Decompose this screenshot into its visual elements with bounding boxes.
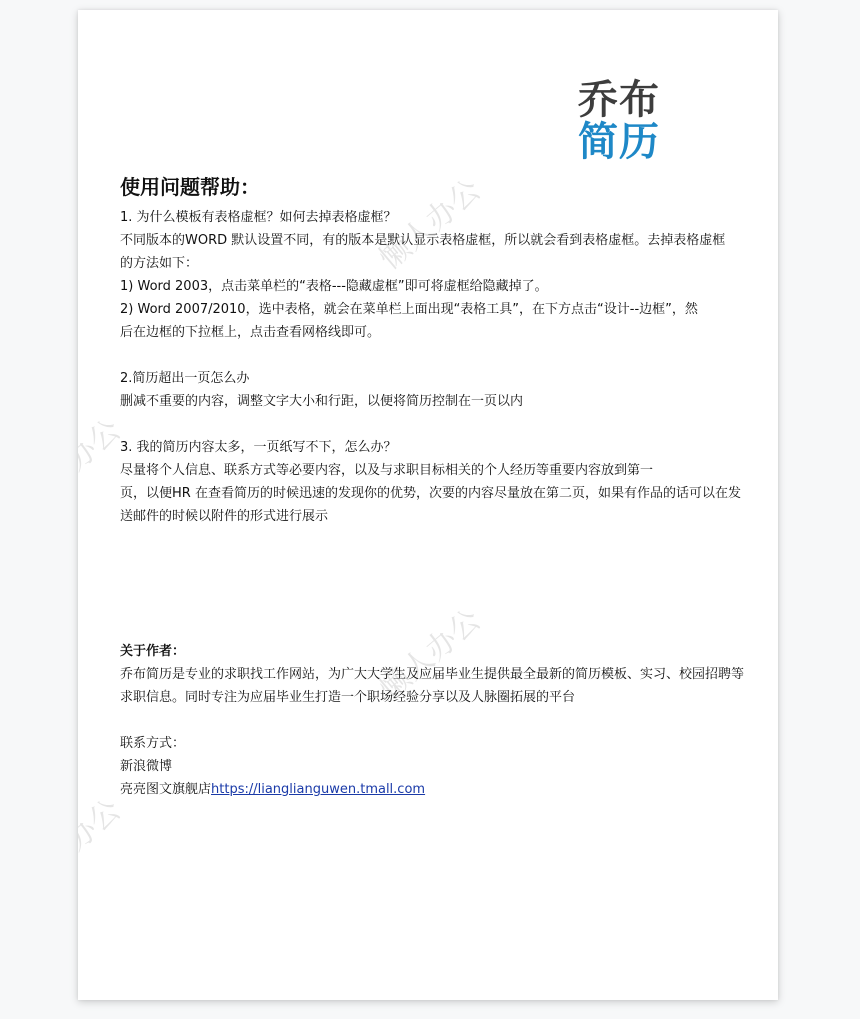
q2-question: 2.简历超出一页怎么办 xyxy=(120,367,750,390)
contact-title: 联系方式： xyxy=(120,732,750,755)
about-title: 关于作者： xyxy=(120,640,750,663)
shop-link[interactable]: https://lianglianguwen.tmall.com xyxy=(211,782,425,797)
shop-label: 亮亮图文旗舰店 xyxy=(120,782,211,797)
document-page: 懒人办公 懒人办公 懒人办公 懒人办公 懒人办公 懒人办公 乔布 简历 使用问题… xyxy=(78,10,778,1000)
spacer xyxy=(120,709,750,732)
q3-answer-line: 送邮件的时候以附件的形式进行展示 xyxy=(120,505,750,528)
q1-answer-line: 后在边框的下拉框上，点击查看网格线即可。 xyxy=(120,321,750,344)
spacer xyxy=(120,344,750,367)
document-body: 使用问题帮助： 1. 为什么模板有表格虚框？如何去掉表格虚框？ 不同版本的WOR… xyxy=(120,172,750,801)
q2-answer-line: 删减不重要的内容，调整文字大小和行距，以便将简历控制在一页以内 xyxy=(120,390,750,413)
contact-weibo: 新浪微博 xyxy=(120,755,750,778)
watermark: 懒人办公 xyxy=(78,787,128,898)
contact-shop: 亮亮图文旗舰店https://lianglianguwen.tmall.com xyxy=(120,778,750,801)
logo-line-1: 乔布 xyxy=(578,80,660,120)
about-line: 求职信息。同时专注为应届毕业生打造一个职场经验分享以及人脉圈拓展的平台 xyxy=(120,686,750,709)
spacer xyxy=(120,413,750,436)
q3-question: 3. 我的简历内容太多，一页纸写不下，怎么办？ xyxy=(120,436,750,459)
q1-answer-line: 1) Word 2003，点击菜单栏的“表格---隐藏虚框”即可将虚框给隐藏掉了… xyxy=(120,275,750,298)
q3-answer-line: 尽量将个人信息、联系方式等必要内容，以及与求职目标相关的个人经历等重要内容放到第… xyxy=(120,459,750,482)
q1-answer-line: 的方法如下： xyxy=(120,252,750,275)
about-line: 乔布简历是专业的求职找工作网站，为广大大学生及应届毕业生提供最全最新的简历模板、… xyxy=(120,663,750,686)
spacer xyxy=(120,528,750,640)
q1-answer-line: 2) Word 2007/2010，选中表格，就会在菜单栏上面出现“表格工具”，… xyxy=(120,298,750,321)
logo-line-2: 简历 xyxy=(578,122,660,162)
q3-answer-line: 页，以便HR 在查看简历的时候迅速的发现你的优势，次要的内容尽量放在第二页，如果… xyxy=(120,482,750,505)
help-title: 使用问题帮助： xyxy=(120,172,750,202)
q1-answer-line: 不同版本的WORD 默认设置不同，有的版本是默认显示表格虚框，所以就会看到表格虚… xyxy=(120,229,750,252)
brand-logo: 乔布 简历 xyxy=(578,80,660,162)
q1-question: 1. 为什么模板有表格虚框？如何去掉表格虚框？ xyxy=(120,206,750,229)
